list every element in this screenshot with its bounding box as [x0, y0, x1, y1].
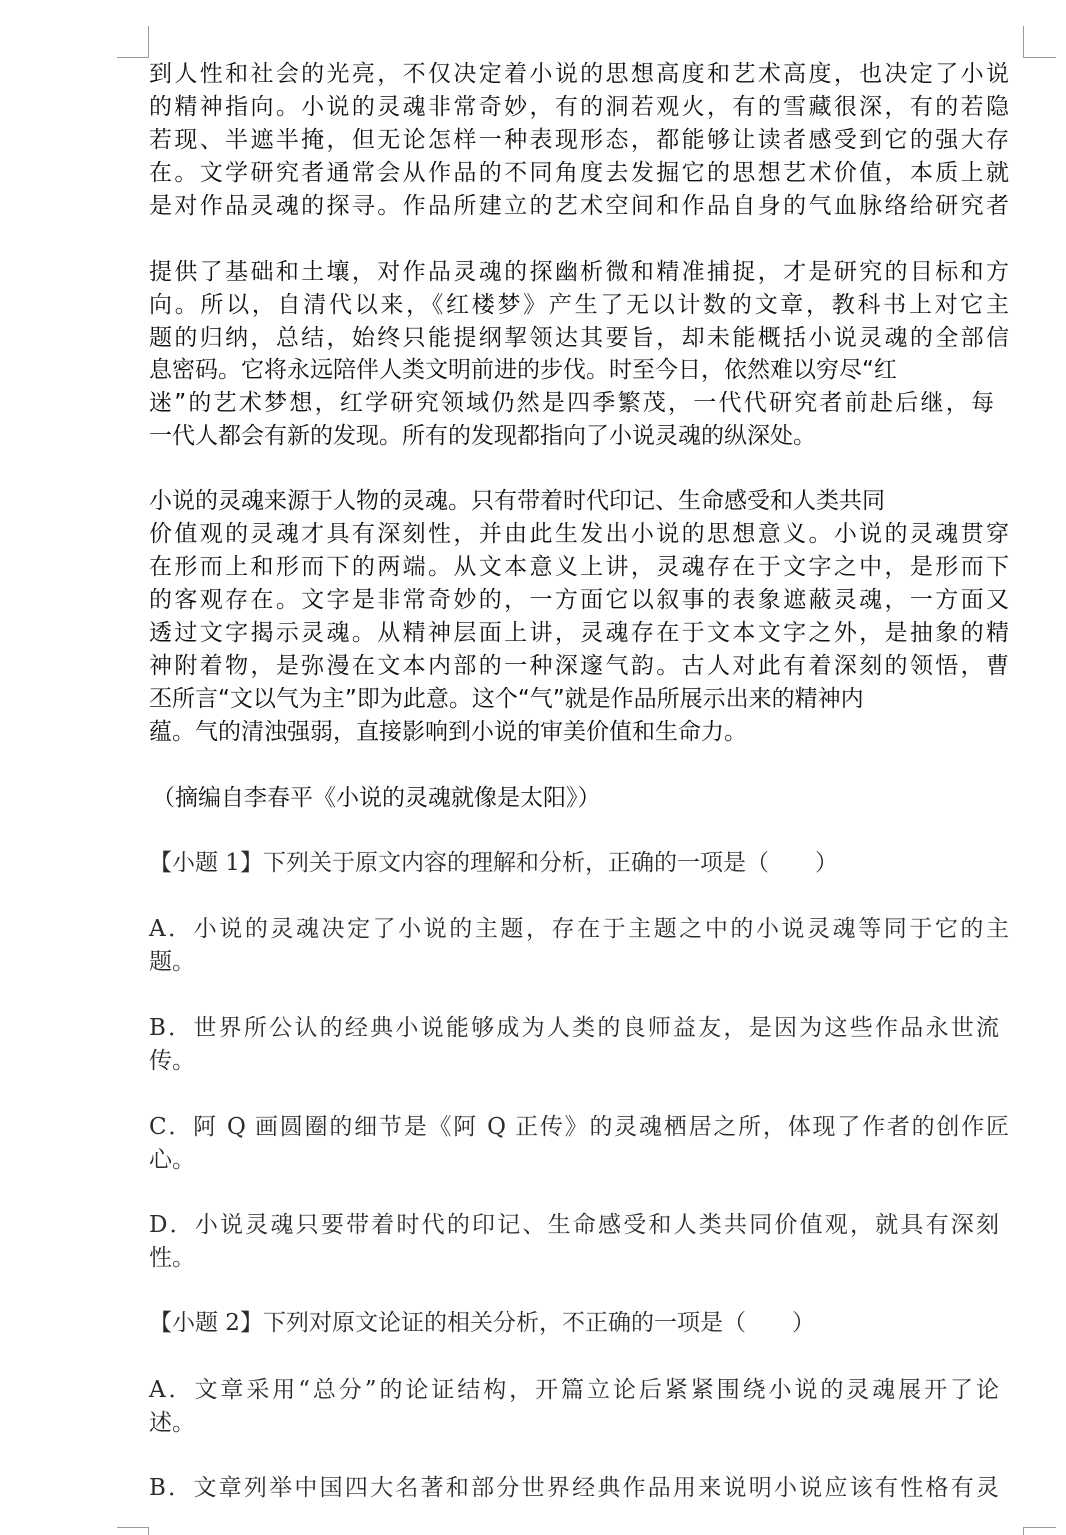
passage-line: 是对作品灵魂的探寻。作品所建立的艺术空间和作品自身的气血脉络给研究者: [149, 190, 1009, 223]
passage-line: 小说的灵魂来源于人物的灵魂。只有带着时代印记、生命感受和人类共同: [149, 485, 885, 518]
option-line: B．世界所公认的经典小说能够成为人类的良师益友，是因为这些作品永世流: [149, 1012, 999, 1045]
passage-line: 到人性和社会的光亮，不仅决定着小说的思想高度和艺术高度，也决定了小说: [149, 58, 1009, 91]
passage-line: 丕所言“文以气为主”即为此意。这个“气”就是作品所展示出来的精神内: [149, 683, 864, 716]
passage-line: 向。所以，自清代以来，《红楼梦》产生了无以计数的文章，教科书上对它主: [149, 289, 1009, 322]
question-stem: 【小题 1】下列关于原文内容的理解和分析，正确的一项是（ ）: [149, 847, 838, 880]
option-line: 述。: [149, 1407, 195, 1440]
passage-line: 在形而上和形而下的两端。从文本意义上讲，灵魂存在于文字之中，是形而下: [149, 551, 1009, 584]
passage-line: 神附着物，是弥漫在文本内部的一种深邃气韵。古人对此有着深刻的领悟，曹: [149, 650, 1009, 683]
option-line: 传。: [149, 1045, 195, 1078]
option-line: 心。: [149, 1144, 195, 1177]
passage-line: 若现、半遮半掩，但无论怎样一种表现形态，都能够让读者感受到它的强大存: [149, 124, 1009, 157]
option-line: D．小说灵魂只要带着时代的印记、生命感受和人类共同价值观，就具有深刻: [149, 1209, 999, 1242]
corner-mark-top-right-v: [1023, 26, 1024, 58]
passage-line: 透过文字揭示灵魂。从精神层面上讲，灵魂存在于文本文字之外，是抽象的精: [149, 617, 1009, 650]
corner-mark-bottom-right-h: [1023, 1527, 1056, 1528]
option-line: 性。: [149, 1242, 195, 1275]
passage-line: 迷”的艺术梦想，红学研究领域仍然是四季繁茂，一代代研究者前赴后继，每: [149, 387, 994, 420]
corner-mark-top-right-h: [1023, 57, 1056, 58]
question-stem: 【小题 2】下列对原文论证的相关分析，不正确的一项是（ ）: [149, 1307, 815, 1340]
corner-mark-bottom-right-v: [1023, 1527, 1024, 1535]
option-line: 题。: [149, 946, 195, 979]
passage-line: 蕴。气的清浊强弱，直接影响到小说的审美价值和生命力。: [149, 716, 747, 749]
passage-line: 一代人都会有新的发现。所有的发现都指向了小说灵魂的纵深处。: [149, 420, 816, 453]
option-line: C．阿 Q 画圆圈的细节是《阿 Q 正传》的灵魂栖居之所，体现了作者的创作匠: [149, 1111, 1009, 1144]
corner-mark-top-left-v: [148, 26, 149, 58]
passage-line: 的客观存在。文字是非常奇妙的，一方面它以叙事的表象遮蔽灵魂，一方面又: [149, 584, 1009, 617]
option-line: B．文章列举中国四大名著和部分世界经典作品用来说明小说应该有性格有灵: [149, 1472, 999, 1505]
corner-mark-bottom-left-h: [117, 1527, 149, 1528]
option-line: A．小说的灵魂决定了小说的主题，存在于主题之中的小说灵魂等同于它的主: [149, 913, 1009, 946]
corner-mark-bottom-left-v: [148, 1527, 149, 1535]
corner-mark-top-left-h: [117, 57, 149, 58]
passage-line: 的精神指向。小说的灵魂非常奇妙，有的洞若观火，有的雪藏很深，有的若隐: [149, 91, 1009, 124]
passage-source: （摘编自李春平《小说的灵魂就像是太阳》）: [152, 782, 601, 815]
passage-line: 息密码。它将永远陪伴人类文明前进的步伐。时至今日，依然难以穷尽“红: [149, 354, 897, 387]
passage-line: 提供了基础和土壤，对作品灵魂的探幽析微和精准捕捉，才是研究的目标和方: [149, 256, 1009, 289]
passage-line: 题的归纳，总结，始终只能提纲挈领达其要旨，却未能概括小说灵魂的全部信: [149, 322, 1009, 355]
passage-line: 在。文学研究者通常会从作品的不同角度去发掘它的思想艺术价值，本质上就: [149, 157, 1009, 190]
option-line: A．文章采用“总分”的论证结构，开篇立论后紧紧围绕小说的灵魂展开了论: [149, 1374, 999, 1407]
passage-line: 价值观的灵魂才具有深刻性，并由此生发出小说的思想意义。小说的灵魂贯穿: [149, 518, 1009, 551]
